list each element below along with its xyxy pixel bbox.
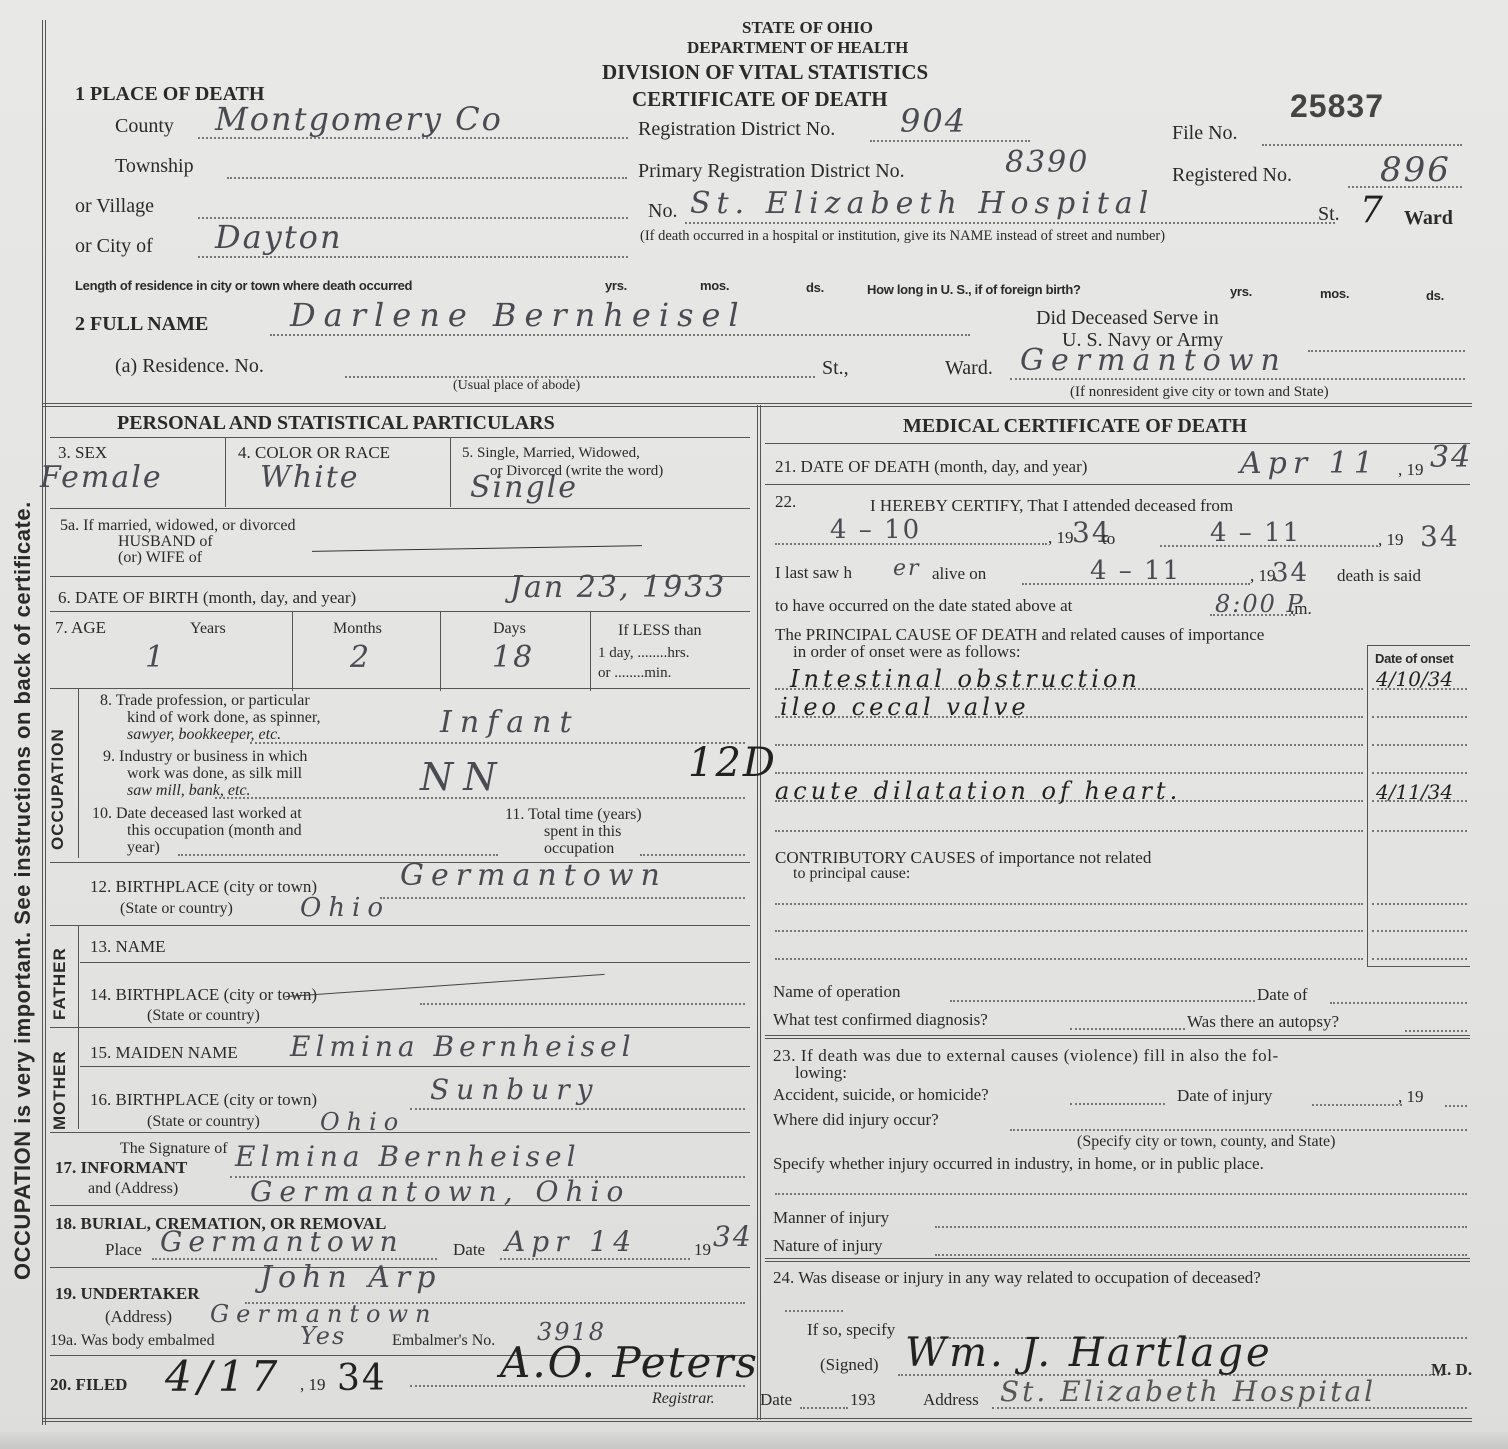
burial-place-value: Germantown xyxy=(160,1225,404,1258)
rule xyxy=(50,508,750,509)
header-division: DIVISION OF VITAL STATISTICS xyxy=(602,60,928,85)
marital-label-1: 5. Single, Married, Widowed, xyxy=(462,445,640,462)
operation-date-field[interactable] xyxy=(1330,1002,1467,1004)
yrs-label: yrs. xyxy=(605,278,627,293)
personal-section-title: PERSONAL AND STATISTICAL PARTICULARS xyxy=(117,412,555,435)
mother-birthplace-value: Sunbury xyxy=(430,1073,599,1106)
filed-label: 20. FILED xyxy=(50,1375,127,1395)
rule xyxy=(50,611,750,612)
full-name-value: Darlene Bernheisel xyxy=(290,296,747,334)
rule xyxy=(765,1258,1470,1262)
contrib-row-3[interactable] xyxy=(775,958,1363,960)
served-line-2: U. S. Navy or Army xyxy=(1062,329,1223,352)
days-label: Days xyxy=(493,620,526,638)
race-value: White xyxy=(260,460,360,495)
father-side-label: FATHER xyxy=(50,947,70,1020)
rule xyxy=(50,1205,750,1206)
mother-state-label: (State or country) xyxy=(147,1113,260,1131)
informant-address-value: Germantown, Ohio xyxy=(250,1175,630,1208)
accident-field[interactable] xyxy=(1070,1103,1165,1105)
address-label: Address xyxy=(923,1390,979,1410)
trade-label-2: kind of work done, as spinner, xyxy=(127,709,321,727)
certify-text: I HEREBY CERTIFY, That I attended deceas… xyxy=(870,496,1233,516)
marital-value: Single xyxy=(470,470,578,505)
industry-label-1: 9. Industry or business in which xyxy=(103,748,307,766)
test-label: What test confirmed diagnosis? xyxy=(773,1010,988,1030)
father-name-label: 13. NAME xyxy=(90,937,166,957)
months-label: Months xyxy=(333,620,382,638)
signed-label: (Signed) xyxy=(820,1355,879,1375)
birthplace-value: Germantown xyxy=(400,858,667,893)
registered-no-value: 896 xyxy=(1380,150,1451,190)
birthplace-field[interactable] xyxy=(380,897,745,899)
total-time-label-1: 11. Total time (years) xyxy=(505,806,642,824)
rule xyxy=(78,1027,79,1129)
file-no-label: File No. xyxy=(1172,122,1238,145)
autopsy-label: Was there an autopsy? xyxy=(1187,1012,1339,1032)
burial-year-prefix: 19 xyxy=(694,1240,711,1260)
external-label-2: lowing: xyxy=(795,1063,847,1083)
rule xyxy=(50,688,750,689)
years-value: 1 xyxy=(145,640,166,675)
last-worked-label-1: 10. Date deceased last worked at xyxy=(92,805,302,823)
less-than-3: or ........min. xyxy=(598,665,671,682)
rule xyxy=(765,443,1470,444)
rule xyxy=(50,1027,750,1028)
father-dash-mark xyxy=(285,974,604,997)
full-name-field[interactable] xyxy=(270,334,970,336)
rule xyxy=(80,962,750,963)
physician-signature: Wm. J. Hartlage xyxy=(905,1330,1273,1376)
cause-text-1: Intestinal obstruction xyxy=(790,665,1141,693)
attended-to-value: 4 – 11 xyxy=(1210,518,1301,548)
county-value: Montgomery Co xyxy=(215,100,503,138)
cause-onset-value-1: 4/10/34 xyxy=(1376,667,1453,691)
if-so-label: If so, specify xyxy=(807,1320,895,1340)
filed-year-prefix: , 19 xyxy=(300,1375,326,1395)
header-department: DEPARTMENT OF HEALTH xyxy=(687,38,908,58)
filed-year: 34 xyxy=(337,1358,387,1399)
file-stamp: 25837 xyxy=(1290,88,1384,125)
specify-whether: Specify whether injury occurred in indus… xyxy=(773,1154,1264,1174)
spouse-dash-mark xyxy=(312,545,642,552)
birth-state-label: (State or country) xyxy=(120,900,233,918)
contrib-row-1[interactable] xyxy=(775,903,1363,905)
rule xyxy=(450,437,451,507)
rule xyxy=(292,611,293,691)
sig-date-field[interactable] xyxy=(800,1407,848,1409)
where-label: Where did injury occur? xyxy=(773,1110,939,1130)
operation-field[interactable] xyxy=(950,1000,1255,1002)
undertaker-label: 19. UNDERTAKER xyxy=(55,1284,200,1304)
primary-reg-value: 8390 xyxy=(1005,145,1089,180)
father-state-label: (State or country) xyxy=(147,1007,260,1025)
manner-label: Manner of injury xyxy=(773,1208,889,1228)
dod-value: Apr 11 xyxy=(1240,446,1379,481)
county-label: County xyxy=(115,115,174,138)
to-label: to xyxy=(1102,529,1115,549)
age-label: 7. AGE xyxy=(55,618,106,638)
last-saw-her: er xyxy=(893,556,921,581)
time-suffix: .m. xyxy=(1290,599,1312,619)
years-label: Years xyxy=(190,620,226,638)
cause-onset-4[interactable] xyxy=(1372,772,1467,774)
rule xyxy=(50,925,750,926)
q24-label: 24. Was disease or injury in any way rel… xyxy=(773,1268,1261,1288)
page-title: CERTIFICATE OF DEATH xyxy=(632,87,888,112)
length-residence-label: Length of residence in city or town wher… xyxy=(75,278,412,293)
cause-onset-value-4: 4/11/34 xyxy=(1376,780,1453,804)
rule xyxy=(78,688,79,858)
dod-year-prefix: , 19 xyxy=(1398,460,1424,480)
embalmer-label: Embalmer's No. xyxy=(392,1332,495,1350)
scan-edge xyxy=(0,1432,1508,1449)
specify-whether-field[interactable] xyxy=(775,1193,1467,1195)
undertaker-address-label: (Address) xyxy=(105,1307,172,1327)
rule xyxy=(1367,966,1470,967)
rule xyxy=(440,611,441,691)
contrib-row-2[interactable] xyxy=(775,930,1363,932)
sig-date-year: 193 xyxy=(850,1390,876,1410)
last-saw-value: 4 – 11 xyxy=(1090,556,1181,586)
total-time-label-2: spent in this xyxy=(544,823,621,841)
nature-label: Nature of injury xyxy=(773,1236,883,1256)
city-value: Dayton xyxy=(215,218,343,256)
contrib-label-2: to principal cause: xyxy=(793,865,910,883)
informant-label-1: The Signature of xyxy=(120,1140,228,1158)
us-yrs-label: yrs. xyxy=(1230,284,1252,299)
attended-from-value: 4 – 10 xyxy=(830,515,921,545)
manner-field[interactable] xyxy=(935,1226,1467,1228)
cause-onset-6[interactable] xyxy=(1372,830,1467,832)
from-year-prefix: , 19 xyxy=(1048,528,1074,548)
informant-value: Elmina Bernheisel xyxy=(235,1140,581,1173)
served-line-1: Did Deceased Serve in xyxy=(1036,307,1219,330)
ds-label: ds. xyxy=(806,280,824,295)
residence-ward-field[interactable] xyxy=(1010,378,1465,380)
days-value: 18 xyxy=(492,640,534,675)
months-value: 2 xyxy=(350,640,371,675)
filed-value: 4/17 xyxy=(165,1352,283,1401)
frame-left xyxy=(42,20,46,1425)
us-mos-label: mos. xyxy=(1320,286,1349,301)
dod-label: 21. DATE OF DEATH (month, day, and year) xyxy=(775,457,1087,477)
trade-label-1: 8. Trade profession, or particular xyxy=(100,692,310,710)
st-label: St. xyxy=(1318,203,1340,226)
injury-year-field[interactable] xyxy=(1445,1105,1467,1107)
hospital-field[interactable] xyxy=(685,222,1335,224)
to-year-prefix: , 19 xyxy=(1378,530,1404,550)
operation-date-label: Date of xyxy=(1257,985,1308,1005)
primary-reg-label: Primary Registration District No. xyxy=(638,160,905,183)
abode-note: (Usual place of abode) xyxy=(453,378,580,394)
contrib-onset-2[interactable] xyxy=(1372,930,1467,932)
rule xyxy=(765,484,1470,485)
full-name-label: 2 FULL NAME xyxy=(75,313,208,336)
ward-label: Ward xyxy=(1404,207,1453,230)
mother-birthplace-label: 16. BIRTHPLACE (city or town) xyxy=(90,1090,317,1110)
operation-label: Name of operation xyxy=(773,982,900,1002)
q24-field[interactable] xyxy=(785,1310,843,1312)
last-worked-label-3: year) xyxy=(127,839,160,857)
where-field[interactable] xyxy=(1010,1129,1467,1131)
reg-district-value: 904 xyxy=(900,102,967,140)
township-label: Township xyxy=(115,155,194,178)
cause-label-2: in order of onset were as follows: xyxy=(793,642,1021,662)
rule xyxy=(1367,645,1470,646)
registrar-label: Registrar. xyxy=(652,1390,715,1408)
rule xyxy=(80,1066,750,1067)
cause-row-6[interactable] xyxy=(775,830,1363,832)
how-long-us-label: How long in U. S., if of foreign birth? xyxy=(867,282,1081,297)
sig-date-label: Date xyxy=(760,1390,792,1410)
father-birthplace-label: 14. BIRTHPLACE (city or town) xyxy=(90,985,317,1005)
cause-text-4: acute dilatation of heart. xyxy=(775,777,1181,805)
less-than-2: 1 day, ........hrs. xyxy=(598,645,690,662)
residence-label: (a) Residence. No. xyxy=(115,355,264,378)
cause-text-2: ileo cecal valve xyxy=(780,693,1030,721)
reg-district-field[interactable] xyxy=(870,140,1030,142)
township-field[interactable] xyxy=(227,177,627,179)
accident-label: Accident, suicide, or homicide? xyxy=(773,1085,989,1105)
injury-year-prefix: , 19 xyxy=(1398,1087,1424,1107)
last-worked-field[interactable] xyxy=(178,854,498,856)
father-birthplace-field[interactable] xyxy=(420,1003,745,1005)
undertaker-value: John Arp xyxy=(260,1260,441,1295)
test-field[interactable] xyxy=(1070,1028,1185,1030)
less-than-1: If LESS than xyxy=(618,622,702,640)
rule xyxy=(765,1035,1470,1039)
nature-field[interactable] xyxy=(935,1254,1467,1256)
medical-section-title: MEDICAL CERTIFICATE OF DEATH xyxy=(903,415,1247,438)
rule xyxy=(50,437,750,438)
last-saw-year: 34 xyxy=(1272,558,1309,588)
nonresident-note: (If nonresident give city or town and St… xyxy=(1070,384,1329,401)
death-said: death is said xyxy=(1337,566,1421,586)
place-label: Place xyxy=(105,1240,142,1260)
birth-state-value: Ohio xyxy=(300,893,390,923)
ward-value: 7 xyxy=(1360,190,1385,231)
injury-date-label: Date of injury xyxy=(1177,1086,1272,1106)
industry-label-2: work was done, as silk mill xyxy=(127,765,302,783)
margin-note: OCCUPATION is very important. See instru… xyxy=(10,501,36,1280)
reg-district-label: Registration District No. xyxy=(638,118,835,141)
burial-date-label: Date xyxy=(453,1240,485,1260)
residence-st-label: St., xyxy=(822,357,849,380)
to-year: 34 xyxy=(1420,520,1460,553)
header-state: STATE OF OHIO xyxy=(742,18,873,38)
md-label: M. D. xyxy=(1431,1360,1472,1380)
no-label: No. xyxy=(648,200,677,223)
cause-row-4[interactable] xyxy=(775,772,1363,774)
onset-header: Date of onset xyxy=(1375,651,1453,666)
cause-onset-2[interactable] xyxy=(1372,716,1467,718)
embalmed-value: Yes xyxy=(300,1322,346,1350)
occupation-side-label: OCCUPATION xyxy=(48,728,68,850)
birthplace-label: 12. BIRTHPLACE (city or town) xyxy=(90,877,317,897)
injury-date-field[interactable] xyxy=(1312,1104,1402,1106)
burial-date-field[interactable] xyxy=(500,1258,690,1260)
industry-value: NN xyxy=(420,755,507,799)
death-certificate: OCCUPATION is very important. See instru… xyxy=(0,0,1508,1449)
informant-label-2: 17. INFORMANT xyxy=(55,1158,187,1178)
burial-date-value: Apr 14 xyxy=(505,1225,637,1258)
cause-onset-3[interactable] xyxy=(1372,744,1467,746)
mother-birthplace-field[interactable] xyxy=(410,1108,745,1110)
contrib-onset-1[interactable] xyxy=(1372,903,1467,905)
registrar-signature: A.O. Peters xyxy=(500,1338,759,1387)
dob-label: 6. DATE OF BIRTH (month, day, and year) xyxy=(58,588,356,608)
us-ds-label: ds. xyxy=(1426,288,1444,303)
dob-value: Jan 23, 1933 xyxy=(510,570,726,605)
total-time-label-3: occupation xyxy=(544,840,614,858)
occurred-text: to have occurred on the date stated abov… xyxy=(775,596,1072,616)
cause-row-3[interactable] xyxy=(775,744,1363,746)
total-time-field[interactable] xyxy=(640,854,745,856)
rule xyxy=(1367,895,1368,967)
contrib-onset-3[interactable] xyxy=(1372,958,1467,960)
city-field[interactable] xyxy=(198,256,628,258)
address-value: St. Elizabeth Hospital xyxy=(1000,1375,1376,1408)
autopsy-field[interactable] xyxy=(1405,1030,1467,1032)
burial-year-value: 34 xyxy=(713,1220,753,1253)
trade-value: Infant xyxy=(440,705,580,740)
mother-name-label: 15. MAIDEN NAME xyxy=(90,1043,238,1063)
rule xyxy=(225,437,226,507)
served-field[interactable] xyxy=(1308,350,1465,352)
mos-label: mos. xyxy=(700,278,729,293)
embalmed-label: 19a. Was body embalmed xyxy=(50,1332,215,1350)
spouse-label-3: (or) WIFE of xyxy=(118,549,202,567)
mother-name-value: Elmina Bernheisel xyxy=(290,1030,636,1063)
file-no-field[interactable] xyxy=(1262,144,1462,146)
certify-num: 22. xyxy=(775,492,796,512)
residence-ward-label: Ward. xyxy=(945,357,993,380)
village-label: or Village xyxy=(75,195,154,218)
sex-value: Female xyxy=(40,460,163,495)
mother-side-label: MOTHER xyxy=(50,1050,70,1130)
rule xyxy=(590,611,591,691)
hospital-value: St. Elizabeth Hospital xyxy=(690,186,1154,221)
hospital-note: (If death occurred in a hospital or inst… xyxy=(640,228,1165,245)
rule xyxy=(1367,645,1368,900)
last-saw-label-2: alive on xyxy=(932,564,986,584)
informant-label-3: and (Address) xyxy=(88,1180,178,1198)
code-mark: 12D xyxy=(688,740,777,786)
rule xyxy=(78,925,79,1027)
registered-no-label: Registered No. xyxy=(1172,164,1292,187)
rule xyxy=(50,1132,750,1133)
column-divider xyxy=(757,405,761,1420)
trade-field[interactable] xyxy=(250,742,745,744)
specify-note: (Specify city or town, county, and State… xyxy=(1077,1133,1335,1151)
last-saw-label-1: I last saw h xyxy=(775,563,852,583)
external-label-1: 23. If death was due to external causes … xyxy=(773,1046,1279,1066)
last-worked-label-2: this occupation (month and xyxy=(127,822,302,840)
city-label: or City of xyxy=(75,235,153,258)
dod-year: 34 xyxy=(1430,440,1472,475)
